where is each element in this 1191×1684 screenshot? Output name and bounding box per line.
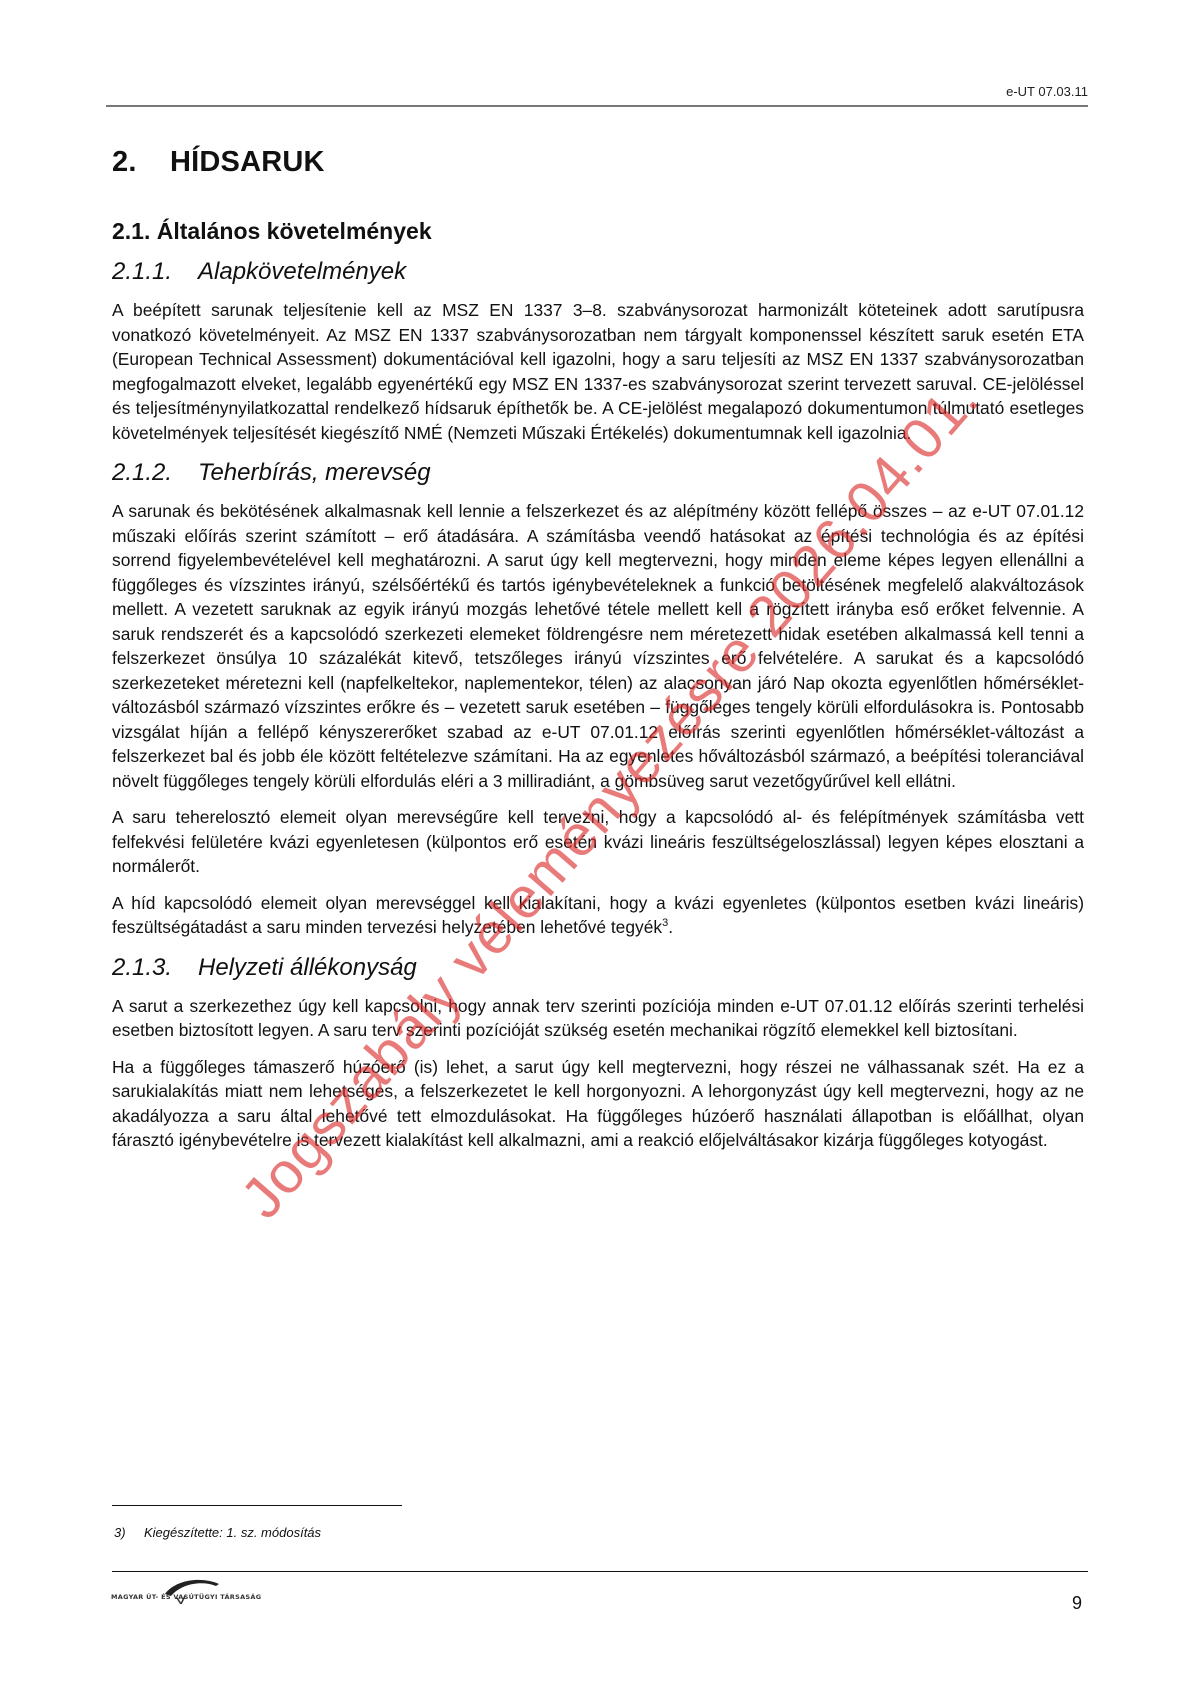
footnote-divider — [112, 1505, 402, 1506]
logo-text: MAGYAR ÚT- ÉS VASÚTÜGYI TÁRSASÁG — [111, 1593, 261, 1601]
header-divider — [106, 105, 1088, 107]
footnote-reference[interactable]: 3 — [662, 917, 668, 929]
section-number: 2.1. — [112, 218, 150, 244]
footnote-number: 3) — [114, 1525, 144, 1540]
publisher-logo: MAGYAR ÚT- ÉS VASÚTÜGYI TÁRSASÁG — [111, 1576, 261, 1606]
chapter-title: HÍDSARUK — [170, 146, 325, 178]
paragraph: A beépített sarunak teljesítenie kell az… — [112, 298, 1084, 445]
section-heading: 2.1. Általános követelmények — [112, 216, 1084, 246]
paragraph-text: A híd kapcsolódó elemeit olyan merevségg… — [112, 893, 1084, 938]
paragraph: A sarut a szerkezethez úgy kell kapcsoln… — [112, 994, 1084, 1043]
footnote-text: Kiegészítette: 1. sz. módosítás — [144, 1525, 321, 1540]
paragraph: A saru teherelosztó elemeit olyan merevs… — [112, 805, 1084, 879]
footer-divider — [112, 1571, 1088, 1572]
page-content: 2.HÍDSARUK 2.1. Általános követelmények … — [112, 138, 1084, 1165]
subsection-number: 2.1.1. — [112, 256, 198, 288]
paragraph: A híd kapcsolódó elemeit olyan merevségg… — [112, 891, 1084, 940]
paragraph: A sarunak és bekötésének alkalmasnak kel… — [112, 499, 1084, 793]
page-number: 9 — [1072, 1593, 1082, 1614]
subsection-heading: 2.1.3.Helyzeti állékonyság — [112, 952, 1084, 984]
paragraph: Ha a függőleges támaszerő húzóerő (is) l… — [112, 1055, 1084, 1153]
section-title: Általános követelmények — [157, 218, 432, 244]
chapter-heading: 2.HÍDSARUK — [112, 138, 1084, 196]
footnote: 3)Kiegészítette: 1. sz. módosítás — [114, 1525, 321, 1540]
subsection-title: Teherbírás, merevség — [198, 459, 431, 486]
subsection-heading: 2.1.2.Teherbírás, merevség — [112, 457, 1084, 489]
subsection-title: Alapkövetelmények — [198, 258, 406, 285]
subsection-number: 2.1.2. — [112, 457, 198, 489]
subsection-heading: 2.1.1.Alapkövetelmények — [112, 256, 1084, 288]
document-page: e-UT 07.03.11 2.HÍDSARUK 2.1. Általános … — [0, 0, 1191, 1684]
subsection-title: Helyzeti állékonyság — [198, 954, 417, 981]
chapter-number: 2. — [112, 138, 170, 186]
subsection-number: 2.1.3. — [112, 952, 198, 984]
document-code: e-UT 07.03.11 — [1006, 84, 1088, 99]
